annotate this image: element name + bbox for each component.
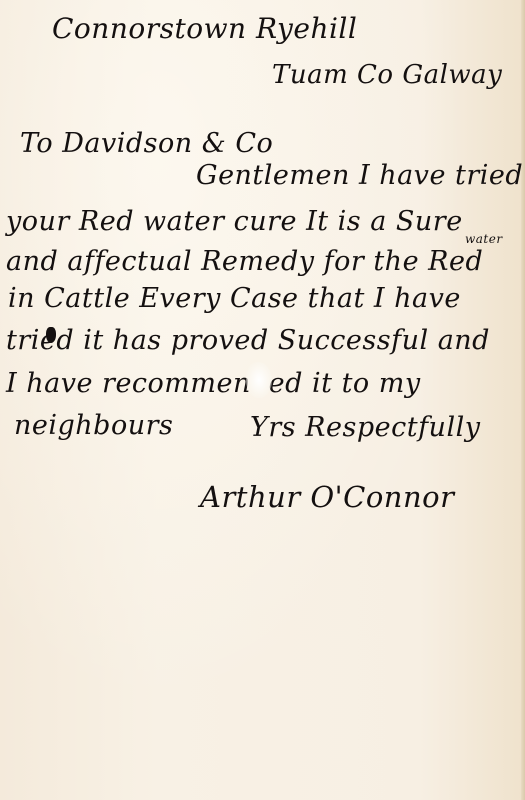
greeting-line: Gentlemen I have tried xyxy=(196,160,523,191)
body-line-1: your Red water cure It is a Sure xyxy=(6,206,463,237)
signature: Arthur O'Connor xyxy=(200,480,454,514)
body-line-4: tried it has proved Successful and xyxy=(6,325,490,356)
body-line-6: neighbours xyxy=(14,410,173,441)
closing: Yrs Respectfully xyxy=(250,412,480,443)
body-line-3: in Cattle Every Case that I have xyxy=(8,283,461,314)
ink-blot xyxy=(46,327,56,343)
body-line-5: I have recommended it to my xyxy=(6,368,421,399)
address-line-1: Connorstown Ryehill xyxy=(52,12,357,45)
letter-paper xyxy=(0,0,525,800)
paper-edge xyxy=(521,0,525,800)
body-line-2: and affectual Remedy for the Red xyxy=(6,246,483,277)
interlinear-insert: water xyxy=(465,232,503,246)
salutation-to: To Davidson & Co xyxy=(20,128,273,159)
address-line-2: Tuam Co Galway xyxy=(272,60,502,90)
paper-tear-mark xyxy=(246,362,272,398)
